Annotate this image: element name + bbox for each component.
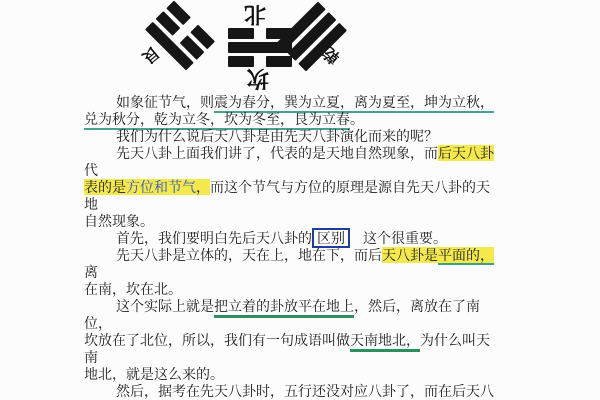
text-segment: 代 [84, 162, 98, 178]
text-line: 在南，坎在北。 [0, 281, 600, 298]
text-line: 兑为秋分，乾为立冬，坎为冬至，艮为立春。 [0, 111, 600, 128]
text-line: 首先，我们要明白先后天八卦的区别这个很重要。 [0, 230, 600, 247]
text-line: 先天八卦是立体的，天在上，地在下，而后天八卦是平面的， [0, 247, 600, 264]
text-segment: 把立着的卦放平在地上 [214, 298, 354, 318]
boxed-term: 区别 [312, 228, 350, 248]
text-segment: 首先，我们要明白先后天八卦的 [116, 230, 312, 246]
bagua-figure: 北 坎 艮 乾 [0, 0, 600, 92]
text-line: 地北，就是这么来的。 [0, 366, 600, 383]
text-line: 离 [0, 264, 600, 281]
text-segment: 先天八卦是立体的，天在上，地在下，而后 [116, 247, 382, 263]
text-segment: 地 [84, 196, 98, 212]
text-line: 如象征节气，则震为春分，巽为立夏，离为夏至，坤为立秋， [0, 94, 600, 111]
text-segment: 先天八卦上面我们讲了，代表的是天地自然现象，而 [116, 145, 438, 161]
text-segment: 坎放在了北位，所以，我们有一句成语叫做 [84, 332, 350, 348]
text-segment: ，然后，离放在了南 [354, 298, 480, 314]
text-segment: 方位和节气 [126, 179, 196, 195]
text-segment: 为什么叫天 [420, 332, 490, 348]
text-line: 地 [0, 196, 600, 213]
text-line: 自然现象。 [0, 213, 600, 230]
text-segment: 。 [350, 111, 364, 127]
text-segment: 如象征节气，则 [116, 94, 214, 110]
text-line: 我们为什么说后天八卦是由先天八卦演化而来的呢？ [0, 128, 600, 145]
text-line: 表的是方位和节气，而这个节气与方位的原理是源自先天八卦的天 [0, 179, 600, 196]
text-line: 代 [0, 162, 600, 179]
broken-line-segment [266, 56, 292, 67]
text-segment: 这个实际上就是 [116, 298, 214, 314]
text-segment: 后天八卦 [438, 145, 494, 161]
text-line: 先天八卦上面我们讲了，代表的是天地自然现象，而后天八卦 [0, 145, 600, 162]
document-page: 北 坎 艮 乾 如象征节气，则震为春分，巽为立夏，离为夏至，坤为立秋，兑为秋分，… [0, 0, 600, 400]
broken-line-segment [228, 28, 254, 39]
text-segment: 而这个节气与方位的原理是源自先天八卦的天 [210, 179, 490, 195]
text-segment: 然后，据考在先天八卦时，五行还没对应八卦了，而在后天八 [116, 383, 494, 399]
text-segment: 天南地北， [350, 332, 420, 352]
text-segment: 离 [84, 264, 98, 280]
text-segment: 南 [84, 349, 98, 365]
text-line: 这个实际上就是把立着的卦放平在地上，然后，离放在了南 [0, 298, 600, 315]
gen-label: 艮 [139, 43, 162, 66]
text-line: 坎放在了北位，所以，我们有一句成语叫做天南地北，为什么叫天 [0, 332, 600, 349]
document-text: 如象征节气，则震为春分，巽为立夏，离为夏至，坤为立秋，兑为秋分，乾为立冬，坎为冬… [0, 94, 600, 400]
text-segment: 地北，就是这么来的。 [84, 366, 224, 382]
text-segment: 平面的， [438, 247, 494, 265]
text-segment: 自然现象。 [84, 213, 154, 229]
text-segment: 在南，坎在北。 [84, 281, 182, 297]
text-segment: 我们为什么说后天八卦是由先天八卦演化而来的呢？ [116, 128, 438, 144]
text-segment: 这个很重要。 [363, 230, 447, 246]
kan-label: 坎 [247, 67, 269, 89]
text-segment: 天八卦是 [382, 247, 438, 263]
text-segment: 表的是 [84, 179, 126, 195]
north-label: 北 [244, 3, 266, 25]
text-segment: ， [196, 179, 210, 195]
text-line: 然后，据考在先天八卦时，五行还没对应八卦了，而在后天八 [0, 383, 600, 400]
text-segment: 位， [84, 315, 112, 331]
text-line: 南 [0, 349, 600, 366]
